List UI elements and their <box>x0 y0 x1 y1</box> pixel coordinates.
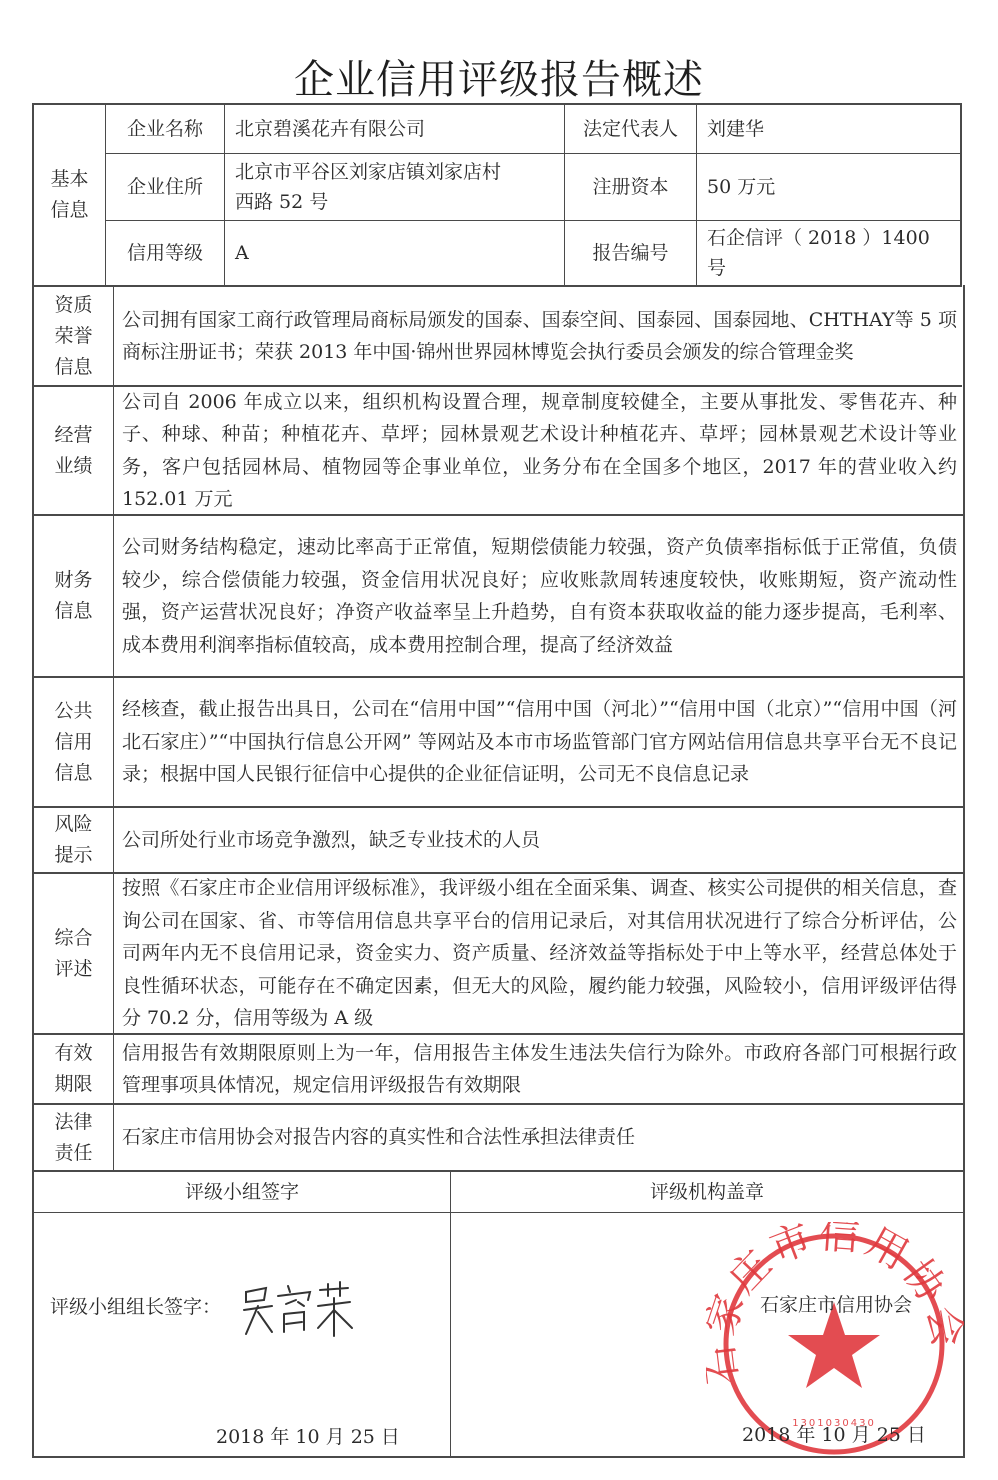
document-title: 企业信用评级报告概述 <box>0 48 998 105</box>
financial-info-label: 财务 信息 <box>34 516 113 676</box>
label-line: 提示 <box>54 840 92 871</box>
financial-info-content: 公司财务结构稳定，速动比率高于正常值，短期偿债能力较强，资产负债率指标低于正常值… <box>114 516 963 676</box>
rating-agency-name: 石家庄市信用协会 <box>760 1290 912 1317</box>
report-number-line: 石企信评（ 2018 ）1400 <box>707 223 930 253</box>
overall-assessment-content: 按照《石家庄市企业信用评级标准》，我评级小组在全面采集、调查、核实公司提供的相关… <box>114 874 963 1033</box>
label-line: 经营 <box>54 420 92 451</box>
qualification-label: 资质 荣誉 信息 <box>34 287 113 385</box>
label-line: 资质 <box>54 290 92 321</box>
report-number-label: 报告编号 <box>565 221 696 285</box>
validity-label: 有效 期限 <box>34 1035 113 1103</box>
rating-agency-seal-header: 评级机构盖章 <box>451 1172 963 1212</box>
rating-team-signature-header: 评级小组签字 <box>34 1172 450 1212</box>
label-line: 综合 <box>54 923 92 954</box>
credit-grade-label: 信用等级 <box>106 221 224 285</box>
basic-info-label-line: 信息 <box>50 195 88 226</box>
business-performance-label: 经营 业绩 <box>34 387 113 514</box>
overall-assessment-label: 综合 评述 <box>34 874 113 1033</box>
label-line: 信息 <box>54 596 92 627</box>
basic-info-label: 基本 信息 <box>34 105 105 285</box>
label-line: 期限 <box>54 1069 92 1100</box>
label-line: 荣誉 <box>54 321 92 352</box>
label-line: 有效 <box>54 1038 92 1069</box>
label-line: 法律 <box>54 1107 92 1138</box>
registered-capital-label: 注册资本 <box>565 154 696 220</box>
business-performance-content: 公司自 2006 年成立以来，组织机构设置合理，规章制度较健全，主要从事批发、零… <box>114 387 963 514</box>
company-address-value: 北京市平谷区刘家店镇刘家店村 西路 52 号 <box>225 154 564 220</box>
label-line: 业绩 <box>54 451 92 482</box>
label-line: 信息 <box>54 758 92 789</box>
address-line: 西路 52 号 <box>235 187 328 217</box>
row-divider <box>32 1212 965 1213</box>
label-line: 责任 <box>54 1138 92 1169</box>
team-signature-date: 2018 年 10 月 25 日 <box>216 1422 400 1449</box>
qualification-content: 公司拥有国家工商行政管理局商标局颁发的国泰、国泰空间、国泰园、国泰园地、CHTH… <box>114 287 963 385</box>
team-leader-signature-label: 评级小组组长签字： <box>50 1292 221 1319</box>
basic-info-label-line: 基本 <box>50 164 88 195</box>
risk-warning-content: 公司所处行业市场竞争激烈，缺乏专业技术的人员 <box>114 808 963 872</box>
legal-liability-content: 石家庄市信用协会对报告内容的真实性和合法性承担法律责任 <box>114 1105 963 1170</box>
company-name-label: 企业名称 <box>106 105 224 153</box>
label-line: 公共 <box>54 696 92 727</box>
report-number-line: 号 <box>707 253 726 283</box>
address-line: 北京市平谷区刘家店镇刘家店村 <box>235 157 501 187</box>
handwritten-signature <box>238 1278 358 1338</box>
label-line: 信息 <box>54 352 92 383</box>
col-divider <box>450 1170 451 1458</box>
table-border-right <box>963 285 965 1458</box>
legal-rep-value: 刘建华 <box>697 105 960 153</box>
company-name-value: 北京碧溪花卉有限公司 <box>225 105 564 153</box>
validity-content: 信用报告有效期限原则上为一年，信用报告主体发生违法失信行为除外。市政府各部门可根… <box>114 1035 963 1103</box>
registered-capital-value: 50 万元 <box>697 154 960 220</box>
table-border-bottom <box>32 1456 965 1458</box>
risk-warning-label: 风险 提示 <box>34 808 113 872</box>
label-line: 评述 <box>54 954 92 985</box>
public-credit-content: 经核查，截止报告出具日，公司在“信用中国”“信用中国（河北）”“信用中国（北京）… <box>114 678 963 806</box>
credit-grade-value: A <box>225 221 564 285</box>
label-line: 信用 <box>54 727 92 758</box>
legal-rep-label: 法定代表人 <box>565 105 696 153</box>
label-line: 财务 <box>54 565 92 596</box>
report-number-value: 石企信评（ 2018 ）1400 号 <box>697 221 960 285</box>
company-address-label: 企业住所 <box>106 154 224 220</box>
label-line: 风险 <box>54 809 92 840</box>
public-credit-label: 公共 信用 信息 <box>34 678 113 806</box>
table-border-right <box>960 103 962 287</box>
agency-seal-date: 2018 年 10 月 25 日 <box>742 1420 926 1447</box>
legal-liability-label: 法律 责任 <box>34 1105 113 1170</box>
